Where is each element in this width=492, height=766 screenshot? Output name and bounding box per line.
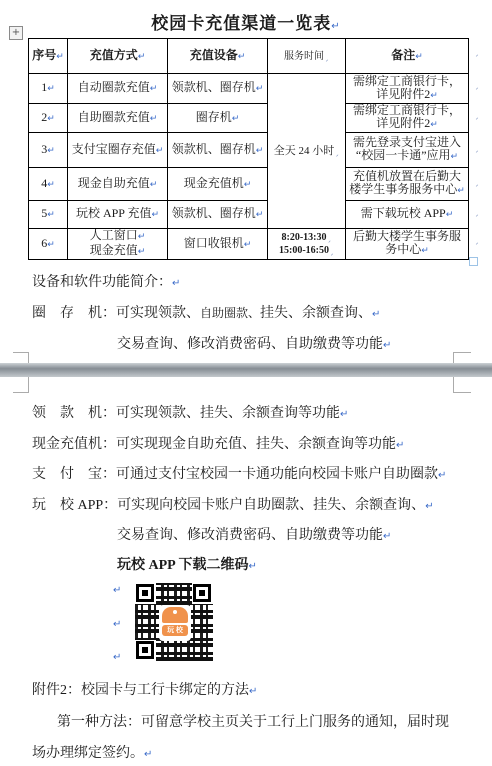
cell-time-merged: 全天 24 小时ˏ: [268, 74, 346, 229]
table-row: 5↵ 玩校 APP 充值↵ 领款机、圈存机↵ 需下载玩校 APP↵: [29, 201, 469, 229]
paragraph-mark-icon: ↵: [150, 84, 158, 94]
paragraph-mark-icon: ↵: [256, 146, 264, 156]
cell-method: 现金自助充值↵: [68, 168, 168, 201]
paragraph-mark-icon: ↵: [113, 585, 127, 596]
margin-corner-mark: [453, 377, 471, 393]
attachment-title: 附件2：校园卡与工行卡绑定的方法↵: [32, 679, 257, 699]
desc-alipay: 支 付 宝：可通过支付宝校园一卡通功能向校园卡账户自助圈款↵: [32, 463, 446, 483]
qr-finder-bottom-left: [136, 641, 154, 659]
recharge-channel-table: 序号↵ 充值方式↵ 充值设备↵ 服务时间ˏ 备注↵ 1↵ 自动圈款充值↵ 领款机…: [28, 38, 469, 260]
header-time: 服务时间ˏ: [268, 39, 346, 74]
qr-quiet-zone: [135, 583, 156, 604]
desc-wanxiao-app: 玩 校 APP：可实现向校园卡账户自助圈款、挂失、余额查询、↵: [32, 494, 434, 514]
paragraph-mark-icon: ↵: [244, 180, 252, 190]
cell-no: 2↵: [29, 104, 68, 133]
table-resize-handle[interactable]: [469, 257, 478, 266]
table-row: 1↵ 自动圈款充值↵ 领款机、圈存机↵ 全天 24 小时ˏ 需绑定工商银行卡， …: [29, 74, 469, 104]
cell-no: 4↵: [29, 168, 68, 201]
paragraph-mark-icon: ↵: [383, 340, 391, 351]
page-break-bar: [0, 363, 492, 377]
paragraph-mark-icon: ↵: [238, 52, 246, 62]
paragraph-mark-icon: ↵: [172, 278, 180, 289]
cell-note: 需先登录支付宝进入 “校园一卡通”应用↵: [346, 133, 469, 168]
paragraph-mark-icon: ↵: [256, 210, 264, 220]
qr-caption: 玩校 APP 下载二维码↵: [117, 554, 257, 574]
row-end-mark-icon: ˏ: [474, 109, 479, 120]
header-device: 充值设备↵: [168, 39, 268, 74]
paragraph-mark-icon: ↵: [438, 470, 446, 481]
paragraph-mark-icon: ↵: [113, 619, 127, 630]
desc-cash-machine: 现金充值机：可实现现金自助充值、挂失、余额查询等功能↵: [32, 433, 404, 453]
paragraph-mark-icon: ↵: [340, 409, 348, 420]
qr-finder-core: [142, 647, 148, 653]
paragraph-mark-icon: ↵: [47, 240, 55, 250]
cell-no: 3↵: [29, 133, 68, 168]
cell-note: 需下载玩校 APP↵: [346, 201, 469, 229]
paragraph-mark-icon: ↵: [383, 531, 391, 542]
margin-corner-mark: [13, 377, 29, 393]
paragraph-mark-icon: ↵: [156, 146, 164, 156]
qr-paragraph-marks: ↵ ↵ ↵: [113, 583, 127, 665]
paragraph-mark-icon: ↵: [256, 84, 264, 94]
logo-dome-shape: [162, 607, 188, 623]
cell-device: 领款机、圈存机↵: [168, 133, 268, 168]
paragraph-mark-icon: ↵: [152, 210, 160, 220]
header-method: 充值方式↵: [68, 39, 168, 74]
cell-no: 1↵: [29, 74, 68, 104]
cell-method: 人工窗口↵ 现金充值↵: [68, 229, 168, 260]
paragraph-mark-icon: ↵: [430, 120, 438, 130]
header-note: 备注↵: [346, 39, 469, 74]
paragraph-mark-icon: ↵: [249, 686, 257, 697]
cell-end-mark-icon: ˏ: [324, 51, 329, 62]
paragraph-mark-icon: ↵: [47, 114, 55, 124]
wanxiao-app-logo: 玩 校: [159, 605, 191, 641]
table-row: 4↵ 现金自助充值↵ 现金充值机↵ 充值机放置在后勤大 楼学生事务服务中心↵: [29, 168, 469, 201]
paragraph-mark-icon: ↵: [421, 246, 429, 256]
paragraph-mark-icon: ↵: [56, 52, 64, 62]
attachment-method-line2: 场办理绑定签约。↵: [32, 742, 152, 762]
desc-quancunji-line2: 交易查询、修改消费密码、自助缴费等功能↵: [117, 333, 391, 353]
paragraph-mark-icon: ↵: [372, 309, 380, 320]
paragraph-mark-icon: ↵: [396, 440, 404, 451]
paragraph-mark-icon: ↵: [425, 501, 433, 512]
table-row: 2↵ 自助圈款充值↵ 圈存机↵ 需绑定工商银行卡， 详见附件2↵: [29, 104, 469, 133]
logo-label: 玩 校: [162, 625, 188, 636]
cell-method: 自助圈款充值↵: [68, 104, 168, 133]
paragraph-mark-icon: ↵: [331, 21, 340, 32]
cell-time: 8:20-13:30ˏ 15:00-16:50ˏ: [268, 229, 346, 260]
paragraph-mark-icon: ↵: [47, 84, 55, 94]
paragraph-mark-icon: ↵: [457, 186, 465, 196]
cell-device: 领款机、圈存机↵: [168, 74, 268, 104]
paragraph-mark-icon: ↵: [138, 52, 146, 62]
paragraph-mark-icon: ↵: [248, 561, 256, 572]
cell-end-mark-icon: ˏ: [327, 232, 332, 243]
paragraph-mark-icon: ↵: [446, 210, 454, 220]
cell-method: 玩校 APP 充值↵: [68, 201, 168, 229]
attachment-method-line1: 第一种方法：可留意学校主页关于工行上门服务的通知，届时现: [57, 711, 449, 731]
header-no: 序号↵: [29, 39, 68, 74]
qr-quiet-zone: [192, 583, 213, 604]
paragraph-mark-icon: ↵: [47, 180, 55, 190]
qr-finder-core: [199, 590, 205, 596]
qr-finder-top-left: [136, 584, 154, 602]
cell-no: 5↵: [29, 201, 68, 229]
table-row: 3↵ 支付宝圈存充值↵ 领款机、圈存机↵ 需先登录支付宝进入 “校园一卡通”应用…: [29, 133, 469, 168]
paragraph-mark-icon: ↵: [138, 247, 146, 257]
cell-method: 支付宝圈存充值↵: [68, 133, 168, 168]
paragraph-mark-icon: ↵: [113, 652, 127, 663]
cell-device: 现金充值机↵: [168, 168, 268, 201]
row-end-mark-icon: ˏ: [474, 46, 479, 57]
cell-no: 6↵: [29, 229, 68, 260]
cell-device: 窗口收银机↵: [168, 229, 268, 260]
table-header-row: 序号↵ 充值方式↵ 充值设备↵ 服务时间ˏ 备注↵: [29, 39, 469, 74]
cell-device: 领款机、圈存机↵: [168, 201, 268, 229]
cell-method: 自动圈款充值↵: [68, 74, 168, 104]
row-end-mark-icon: ˏ: [474, 206, 479, 217]
cell-end-mark-icon: ˏ: [329, 245, 334, 256]
document-page: 校园卡充值渠道一览表↵ + 序号↵ 充值方式↵ 充值设备↵ 服务时间ˏ 备注↵ …: [0, 0, 492, 766]
paragraph-mark-icon: ↵: [430, 91, 438, 101]
cell-end-mark-icon: ˏ: [334, 146, 339, 157]
row-end-mark-icon: ˏ: [474, 176, 479, 187]
paragraph-mark-icon: ↵: [47, 146, 55, 156]
desc-wanxiao-line2: 交易查询、修改消费密码、自助缴费等功能↵: [117, 524, 391, 544]
row-end-mark-icon: ˏ: [474, 79, 479, 90]
section-intro: 设备和软件功能简介：↵: [32, 271, 180, 291]
desc-lingkuanji: 领 款 机：可实现领款、挂失、余额查询等功能↵: [32, 402, 348, 422]
cell-note: 需绑定工商银行卡， 详见附件2↵: [346, 104, 469, 133]
cell-device: 圈存机↵: [168, 104, 268, 133]
paragraph-mark-icon: ↵: [451, 152, 459, 162]
paragraph-mark-icon: ↵: [232, 114, 240, 124]
table-move-handle-icon[interactable]: +: [9, 26, 23, 40]
paragraph-mark-icon: ↵: [244, 240, 252, 250]
row-end-mark-icon: ˏ: [474, 142, 479, 153]
paragraph-mark-icon: ↵: [47, 210, 55, 220]
row-end-mark-icon: ˏ: [474, 234, 479, 245]
page-title: 校园卡充值渠道一览表↵: [0, 9, 492, 34]
qr-quiet-zone: [135, 640, 156, 661]
cell-note: 充值机放置在后勤大 楼学生事务服务中心↵: [346, 168, 469, 201]
cell-note: 后勤大楼学生事务服 务中心↵: [346, 229, 469, 260]
paragraph-mark-icon: ↵: [150, 114, 158, 124]
paragraph-mark-icon: ↵: [138, 232, 146, 242]
paragraph-mark-icon: ↵: [415, 52, 423, 62]
qr-code: 玩 校: [135, 583, 213, 661]
paragraph-mark-icon: ↵: [144, 749, 152, 760]
paragraph-mark-icon: ↵: [150, 180, 158, 190]
logo-dot: [173, 610, 177, 614]
cell-note: 需绑定工商银行卡， 详见附件2↵: [346, 74, 469, 104]
qr-finder-core: [142, 590, 148, 596]
desc-quancunji: 圈 存 机：可实现领款、自助圈款、挂失、余额查询、↵: [32, 302, 380, 322]
table-row: 6↵ 人工窗口↵ 现金充值↵ 窗口收银机↵ 8:20-13:30ˏ 15:00-…: [29, 229, 469, 260]
qr-finder-top-right: [193, 584, 211, 602]
